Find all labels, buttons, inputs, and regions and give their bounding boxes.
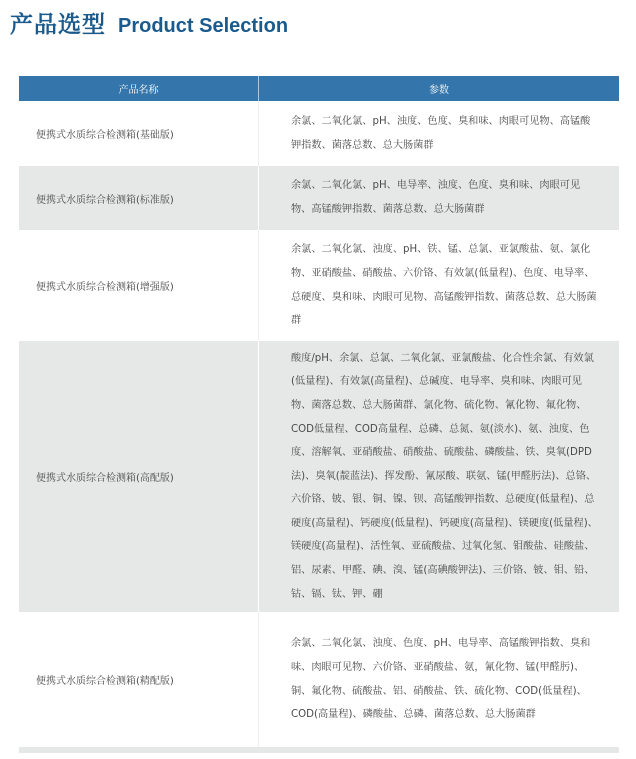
page-title-cn: 产品选型 [10, 6, 106, 39]
product-name-cell: 便携式水质综合检测箱(高配版) [19, 341, 259, 612]
product-name-cell: 便携式水质综合检测箱(基础版) [19, 101, 259, 166]
table-row: 便携式水质综合检测箱(标准版) 余氯、二氧化氯、pH、电导率、浊度、色度、臭和味… [19, 166, 619, 230]
column-header-parameters: 参数 [259, 76, 619, 101]
table-bottom-strip [19, 747, 619, 753]
product-selection-table: 产品名称 参数 便携式水质综合检测箱(基础版) 余氯、二氧化氯、pH、浊度、色度… [19, 76, 619, 753]
table-row: 便携式水质综合检测箱(基础版) 余氯、二氧化氯、pH、浊度、色度、臭和味、肉眼可… [19, 101, 619, 166]
product-name-cell: 便携式水质综合检测箱(标准版) [19, 166, 259, 230]
product-name-cell: 便携式水质综合检测箱(精配版) [19, 612, 259, 747]
parameters-cell: 余氯、二氧化氯、pH、电导率、浊度、色度、臭和味、肉眼可见物、高锰酸钾指数、菌落… [259, 166, 619, 230]
table-header: 产品名称 参数 [19, 76, 619, 101]
parameters-cell: 酸度/pH、余氯、总氯、二氧化氯、亚氯酸盐、化合性余氯、有效氯(低量程)、有效氯… [259, 341, 619, 612]
parameters-cell: 余氯、二氧化氯、pH、浊度、色度、臭和味、肉眼可见物、高锰酸钾指数、菌落总数、总… [259, 101, 619, 166]
page-title: 产品选型 Product Selection [10, 6, 288, 40]
table-row: 便携式水质综合检测箱(高配版) 酸度/pH、余氯、总氯、二氧化氯、亚氯酸盐、化合… [19, 341, 619, 612]
table-row: 便携式水质综合检测箱(增强版) 余氯、二氧化氯、浊度、pH、铁、锰、总氯、亚氯酸… [19, 230, 619, 341]
column-header-product-name: 产品名称 [19, 76, 259, 101]
product-name-cell: 便携式水质综合检测箱(增强版) [19, 230, 259, 341]
parameters-cell: 余氯、二氧化氯、浊度、pH、铁、锰、总氯、亚氯酸盐、氨、氯化物、亚硝酸盐、硝酸盐… [259, 230, 619, 341]
page-title-en: Product Selection [118, 15, 288, 38]
table-row: 便携式水质综合检测箱(精配版) 余氯、二氧化氯、浊度、色度、pH、电导率、高锰酸… [19, 612, 619, 747]
parameters-cell: 余氯、二氧化氯、浊度、色度、pH、电导率、高锰酸钾指数、臭和味、肉眼可见物、六价… [259, 612, 619, 747]
